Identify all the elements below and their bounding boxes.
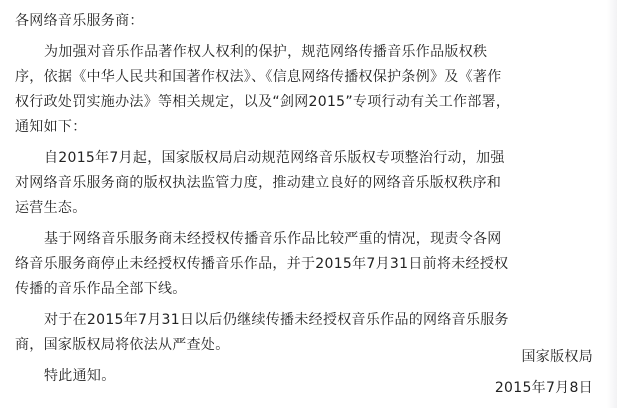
page-edge: [607, 0, 617, 408]
paragraph-action: 自2015年7月起，国家版权局启动规范网络音乐版权专项整治行动，加强对网络音乐服…: [15, 146, 515, 221]
paragraph-intro: 为加强对音乐作品著作权人权利的保护，规范网络传播音乐作品版权秩序，依据《中华人民…: [15, 40, 515, 140]
signature-date: 2015年7月8日: [495, 377, 593, 397]
paragraph-penalty: 对于在2015年7月31日以后仍继续传播未经授权音乐作品的网络音乐服务商，国家版…: [15, 308, 515, 358]
salutation: 各网络音乐服务商：: [15, 9, 515, 34]
paragraph-closing: 特此通知。: [15, 364, 515, 389]
paragraph-order: 基于网络音乐服务商未经授权传播音乐作品比较严重的情况，现责令各网络音乐服务商停止…: [15, 227, 515, 302]
signature-organization: 国家版权局: [522, 346, 594, 366]
notice-document: 各网络音乐服务商： 为加强对音乐作品著作权人权利的保护，规范网络传播音乐作品版权…: [15, 9, 515, 395]
